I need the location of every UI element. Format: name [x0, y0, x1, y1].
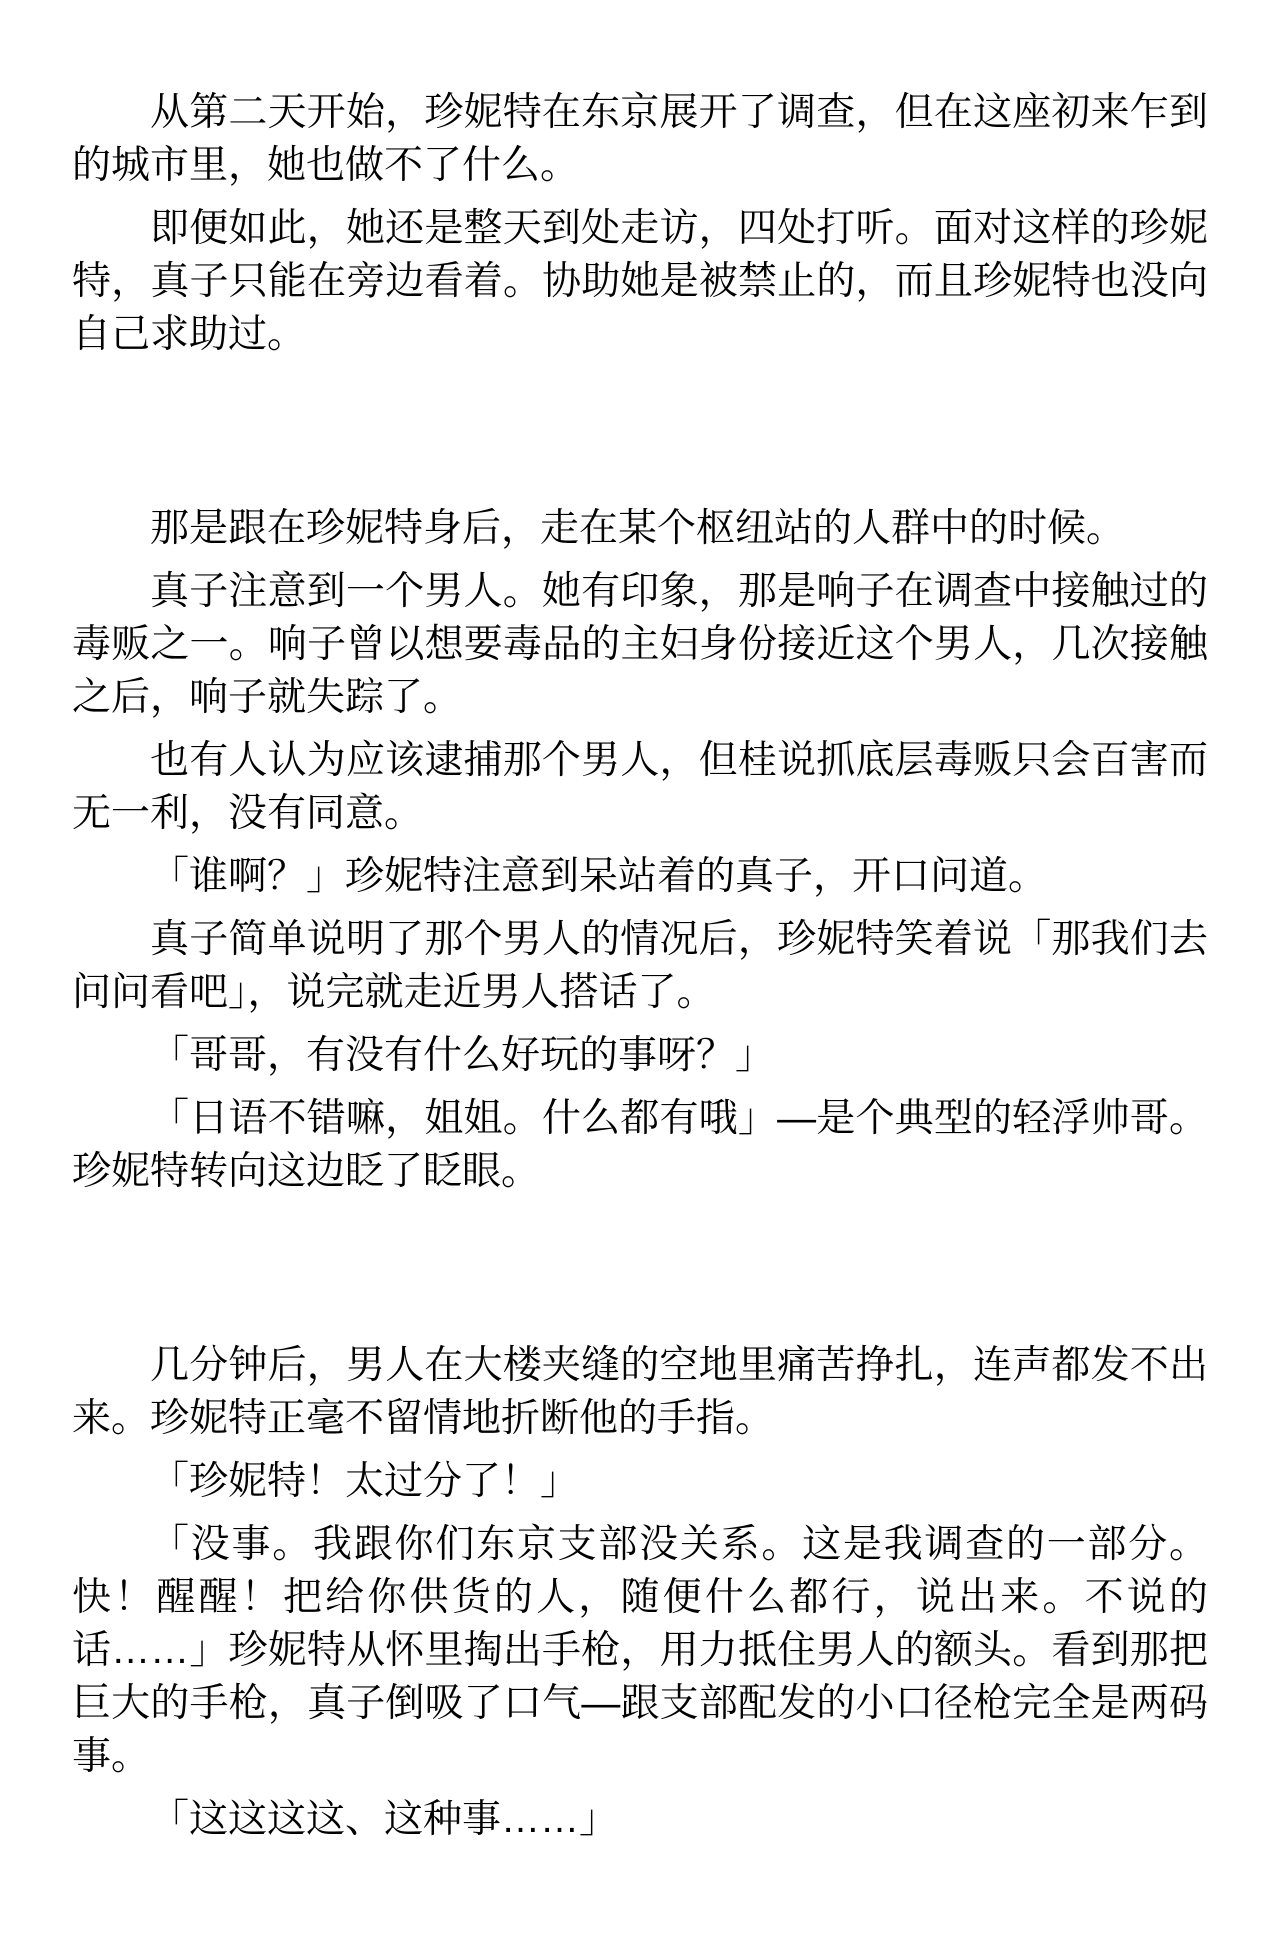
paragraph: 「没事。我跟你们东京支部没关系。这是我调查的一部分。快！醒醒！把给你供货的人，随… [72, 1518, 1208, 1783]
paragraph: 真子简单说明了那个男人的情况后，珍妮特笑着说「那我们去问问看吧」，说完就走近男人… [72, 913, 1208, 1019]
paragraph: 那是跟在珍妮特身后，走在某个枢纽站的人群中的时候。 [72, 502, 1208, 555]
paragraph: 「哥哥，有没有什么好玩的事呀？」 [72, 1029, 1208, 1082]
paragraph: 「这这这这、这种事……」 [72, 1793, 1208, 1846]
paragraph: 即便如此，她还是整天到处走访，四处打听。面对这样的珍妮特，真子只能在旁边看着。协… [72, 202, 1208, 361]
paragraph: 真子注意到一个男人。她有印象，那是响子在调查中接触过的毒贩之一。响子曾以想要毒品… [72, 565, 1208, 724]
paragraph: 几分钟后，男人在大楼夹缝的空地里痛苦挣扎，连声都发不出来。珍妮特正毫不留情地折断… [72, 1339, 1208, 1445]
paragraph: 「日语不错嘛，姐姐。什么都有哦」—是个典型的轻浮帅哥。珍妮特转向这边眨了眨眼。 [72, 1092, 1208, 1198]
paragraph: 「谁啊？」珍妮特注意到呆站着的真子，开口问道。 [72, 850, 1208, 903]
scene-break [72, 1208, 1208, 1339]
paragraph: 从第二天开始，珍妮特在东京展开了调查，但在这座初来乍到的城市里，她也做不了什么。 [72, 86, 1208, 192]
paragraph: 也有人认为应该逮捕那个男人，但桂说抓底层毒贩只会百害而无一利，没有同意。 [72, 734, 1208, 840]
scene-break [72, 371, 1208, 502]
paragraph: 「珍妮特！太过分了！」 [72, 1455, 1208, 1508]
document-page: 从第二天开始，珍妮特在东京展开了调查，但在这座初来乍到的城市里，她也做不了什么。… [0, 0, 1280, 1942]
